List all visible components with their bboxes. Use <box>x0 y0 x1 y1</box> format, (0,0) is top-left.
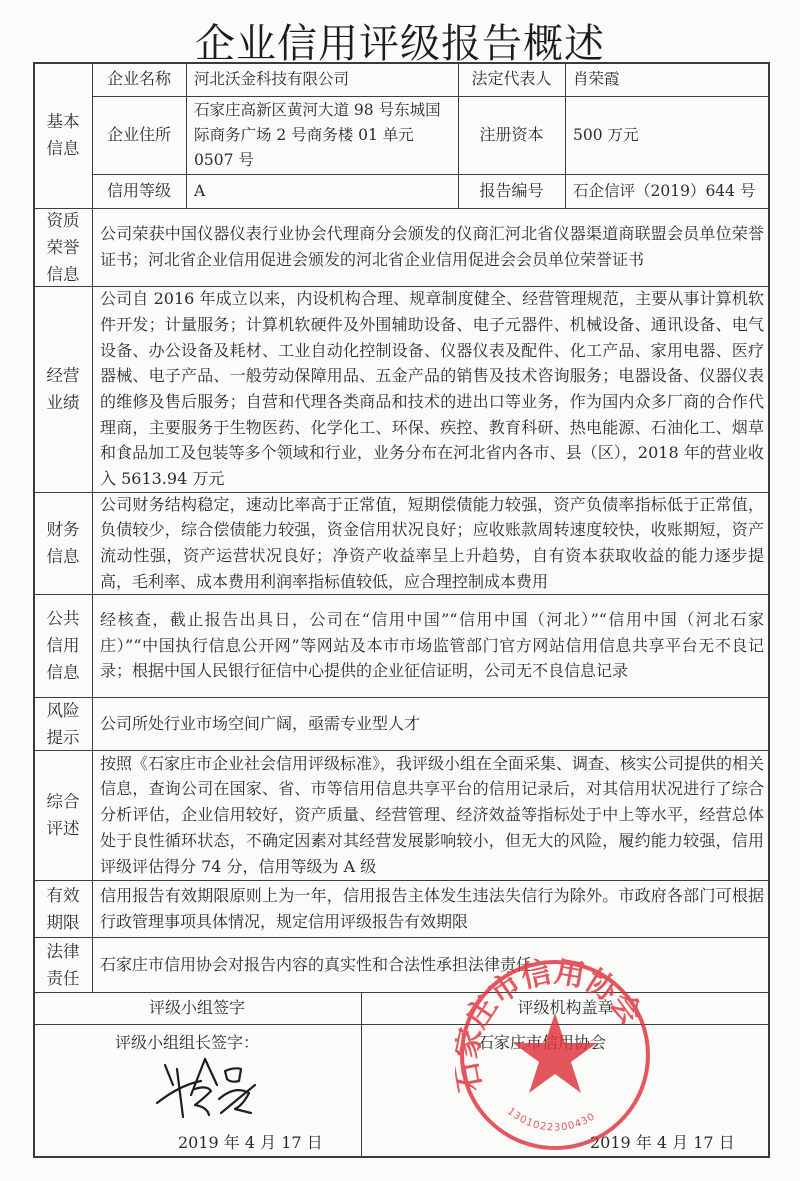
left-signature-date: 2019 年 4 月 17 日 <box>178 1130 323 1153</box>
section-label-honors: 资质荣誉信息 <box>34 208 92 286</box>
section-text-public-credit: 经核查，截止报告出具日，公司在“信用中国”“信用中国（河北）”“信用中国（河北石… <box>92 594 770 697</box>
section-text-honors: 公司荣获中国仪器仪表行业协会代理商分会颁发的仪商汇河北省仪器渠道商联盟会员单位荣… <box>92 208 770 286</box>
rating-org-seal-header: 评级机构盖章 <box>361 992 770 1024</box>
company-name-value: 河北沃金科技有限公司 <box>186 62 458 96</box>
credit-grade-value: A <box>186 174 458 208</box>
section-label-summary: 综合评述 <box>34 750 92 880</box>
capital-label: 注册资本 <box>458 96 565 174</box>
rating-team-signature-header: 评级小组签字 <box>33 992 361 1024</box>
rating-org-name: 石家庄市信用协会 <box>478 1030 606 1053</box>
report-no-label: 报告编号 <box>458 174 565 208</box>
section-label-basic-info: 基本信息 <box>34 62 92 208</box>
capital-value: 500 万元 <box>565 96 770 174</box>
section-label-risk-warning: 风险提示 <box>34 697 92 750</box>
section-text-summary: 按照《石家庄市企业社会信用评级标准》，我评级小组在全面采集、调查、核实公司提供的… <box>92 750 770 880</box>
address-value: 石家庄高新区黄河大道 98 号东城国际商务广场 2 号商务楼 01 单元 050… <box>186 96 458 174</box>
section-label-public-credit: 公共信用信息 <box>34 594 92 697</box>
credit-grade-label: 信用等级 <box>92 174 186 208</box>
legal-rep-label: 法定代表人 <box>458 62 565 96</box>
right-seal-date: 2019 年 4 月 17 日 <box>590 1130 735 1153</box>
section-text-validity: 信用报告有效期限原则上为一年，信用报告主体发生违法失信行为除外。市政府各部门可根… <box>92 880 770 937</box>
section-label-legal-liability: 法律责任 <box>34 937 92 992</box>
section-label-financial-info: 财务信息 <box>34 492 92 594</box>
company-name-label: 企业名称 <box>92 62 186 96</box>
section-text-business-performance: 公司自 2016 年成立以来，内设机构合理、规章制度健全、经营管理规范，主要从事… <box>92 286 770 492</box>
address-label: 企业住所 <box>92 96 186 174</box>
section-text-risk-warning: 公司所处行业市场空间广阔，亟需专业型人才 <box>92 697 770 750</box>
report-no-value: 石企信评（2019）644 号 <box>565 174 770 208</box>
leader-signature-label: 评级小组组长签字： <box>115 1030 259 1053</box>
section-label-validity: 有效期限 <box>34 880 92 937</box>
section-label-business-performance: 经营业绩 <box>34 286 92 492</box>
legal-rep-value: 肖荣霞 <box>565 62 770 96</box>
row-divider <box>33 1024 770 1025</box>
section-text-legal-liability: 石家庄市信用协会对报告内容的真实性和合法性承担法律责任 <box>92 937 770 992</box>
page-title: 企业信用评级报告概述 <box>0 12 800 69</box>
section-text-financial-info: 公司财务结构稳定，速动比率高于正常值，短期偿债能力较强，资产负债率指标低于正常值… <box>92 492 770 594</box>
handwritten-signature <box>155 1055 275 1125</box>
